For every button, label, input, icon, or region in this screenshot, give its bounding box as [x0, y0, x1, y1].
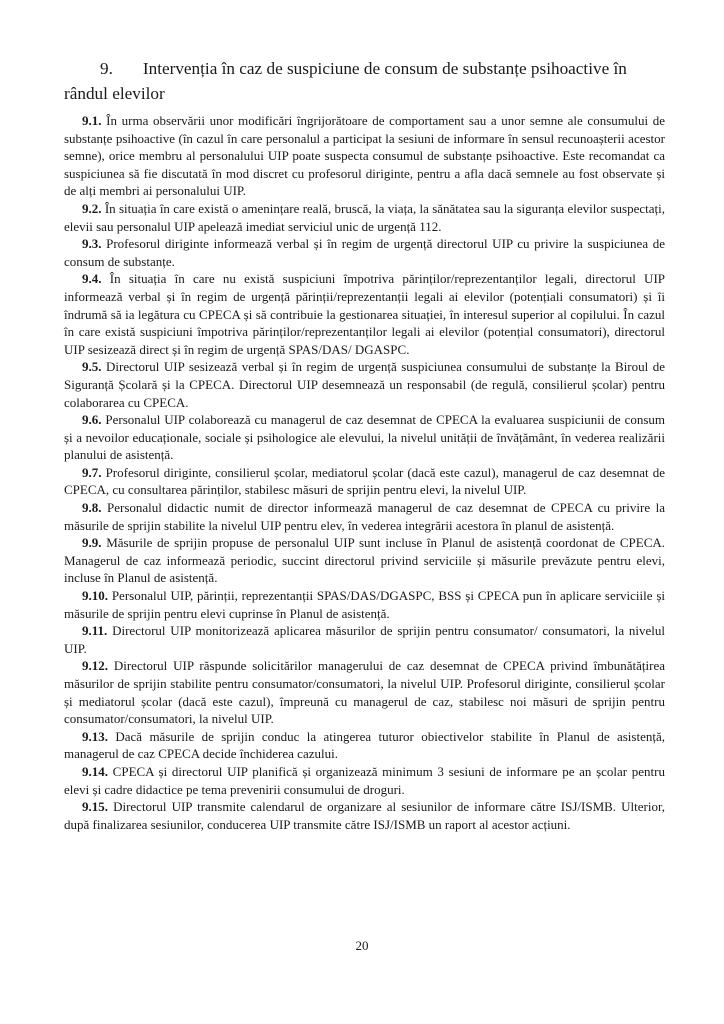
clause-9-4: 9.4. În situația în care nu există suspi…: [64, 270, 665, 358]
clause-text: Directorul UIP monitorizează aplicarea m…: [64, 623, 665, 656]
clause-text: În urma observării unor modificări îngri…: [64, 113, 665, 198]
clause-9-15: 9.15. Directorul UIP transmite calendaru…: [64, 798, 665, 833]
clause-number: 9.9.: [82, 535, 102, 550]
clause-number: 9.11.: [82, 623, 107, 638]
clause-number: 9.15.: [82, 799, 108, 814]
clause-number: 9.2.: [82, 201, 102, 216]
section-number: 9.: [100, 59, 113, 78]
clause-9-13: 9.13. Dacă măsurile de sprijin conduc la…: [64, 728, 665, 763]
clause-text: Personalul UIP, părinții, reprezentanții…: [64, 588, 665, 621]
clause-number: 9.8.: [82, 500, 102, 515]
clause-9-14: 9.14. CPECA și directorul UIP planifică …: [64, 763, 665, 798]
clause-9-9: 9.9. Măsurile de sprijin propuse de pers…: [64, 534, 665, 587]
clause-text: Directorul UIP sesizează verbal și în re…: [64, 359, 665, 409]
clause-9-2: 9.2. În situația în care există o amenin…: [64, 200, 665, 235]
clause-9-10: 9.10. Personalul UIP, părinții, reprezen…: [64, 587, 665, 622]
clause-text: Directorul UIP răspunde solicitărilor ma…: [64, 658, 665, 726]
page-number: 20: [0, 938, 724, 954]
clause-number: 9.1.: [82, 113, 102, 128]
clause-text: Măsurile de sprijin propuse de personalu…: [64, 535, 665, 585]
clause-text: Dacă măsurile de sprijin conduc la ating…: [64, 729, 665, 762]
section-heading: 9.Intervenția în caz de suspiciune de co…: [64, 56, 665, 106]
section-title: Intervenția în caz de suspiciune de cons…: [64, 59, 627, 103]
clause-text: Profesorul diriginte informează verbal ș…: [64, 236, 665, 269]
clause-text: Personalul UIP colaborează cu managerul …: [64, 412, 665, 462]
clause-text: Personalul didactic numit de director in…: [64, 500, 665, 533]
clause-number: 9.6.: [82, 412, 102, 427]
clause-number: 9.4.: [82, 271, 102, 286]
clause-9-1: 9.1. În urma observării unor modificări …: [64, 112, 665, 200]
clause-number: 9.5.: [82, 359, 102, 374]
clause-text: Directorul UIP transmite calendarul de o…: [64, 799, 665, 832]
clause-9-6: 9.6. Personalul UIP colaborează cu manag…: [64, 411, 665, 464]
clause-text: În situația în care există o amenințare …: [64, 201, 665, 234]
clause-9-12: 9.12. Directorul UIP răspunde solicitări…: [64, 657, 665, 727]
clause-text: Profesorul diriginte, consilierul școlar…: [64, 465, 665, 498]
clause-number: 9.7.: [82, 465, 102, 480]
clause-9-7: 9.7. Profesorul diriginte, consilierul ș…: [64, 464, 665, 499]
clause-9-8: 9.8. Personalul didactic numit de direct…: [64, 499, 665, 534]
clause-number: 9.10.: [82, 588, 108, 603]
clause-9-3: 9.3. Profesorul diriginte informează ver…: [64, 235, 665, 270]
document-page: 9.Intervenția în caz de suspiciune de co…: [0, 0, 724, 1024]
clause-number: 9.14.: [82, 764, 108, 779]
clause-9-11: 9.11. Directorul UIP monitorizează aplic…: [64, 622, 665, 657]
clause-9-5: 9.5. Directorul UIP sesizează verbal și …: [64, 358, 665, 411]
clause-text: CPECA și directorul UIP planifică și org…: [64, 764, 665, 797]
clause-number: 9.3.: [82, 236, 102, 251]
clause-text: În situația în care nu există suspiciuni…: [64, 271, 665, 356]
clause-number: 9.13.: [82, 729, 108, 744]
clause-number: 9.12.: [82, 658, 108, 673]
